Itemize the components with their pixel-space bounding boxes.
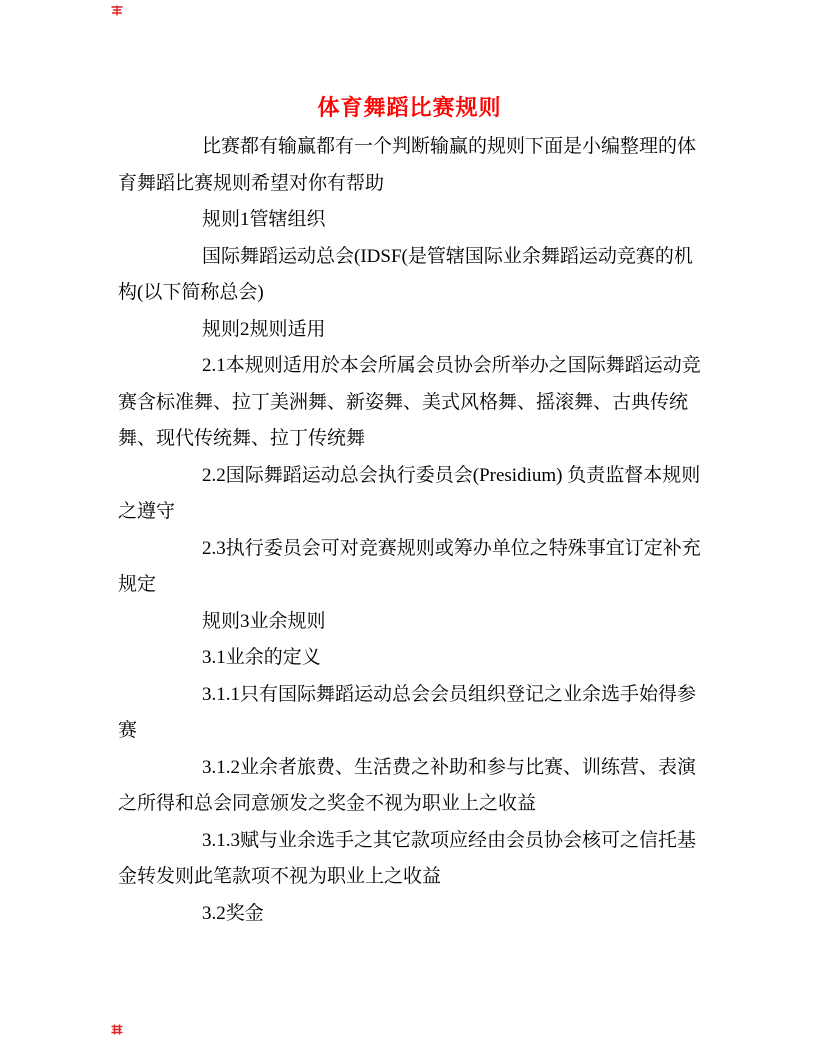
document-body: 比赛都有输赢都有一个判断输赢的规则下面是小编整理的体育舞蹈比赛规则希望对你有帮助… xyxy=(118,129,701,932)
paragraph: 2.2国际舞蹈运动总会执行委员会(Presidium) 负责监督本规则之遵守 xyxy=(118,458,701,531)
paragraph: 3.1.2业余者旅费、生活费之补助和参与比赛、训练营、表演之所得和总会同意颁发之… xyxy=(118,750,701,823)
paragraph: 3.2奖金 xyxy=(118,896,701,933)
paragraph: 3.1业余的定义 xyxy=(118,640,701,677)
paragraph: 2.1本规则适用於本会所属会员协会所举办之国际舞蹈运动竞赛含标准舞、拉丁美洲舞、… xyxy=(118,348,701,458)
paragraph: 3.1.3赋与业余选手之其它款项应经由会员协会核可之信托基金转发则此笔款项不视为… xyxy=(118,823,701,896)
paragraph: 国际舞蹈运动总会(IDSF(是管辖国际业余舞蹈运动竞赛的机构(以下简称总会) xyxy=(118,239,701,312)
red-scribble-strokes xyxy=(112,1025,123,1035)
paragraph: 比赛都有输赢都有一个判断输赢的规则下面是小编整理的体育舞蹈比赛规则希望对你有帮助 xyxy=(118,129,701,202)
document-content: 体育舞蹈比赛规则 比赛都有输赢都有一个判断输赢的规则下面是小编整理的体育舞蹈比赛… xyxy=(118,87,701,932)
paragraph: 3.1.1只有国际舞蹈运动总会会员组织登记之业余选手始得参赛 xyxy=(118,677,701,750)
paragraph: 规则1管辖组织 xyxy=(118,202,701,239)
red-scribble-mark-icon xyxy=(110,4,124,17)
paragraph: 规则3业余规则 xyxy=(118,604,701,641)
red-scribble-mark-icon xyxy=(110,1023,124,1036)
document-title: 体育舞蹈比赛规则 xyxy=(118,87,701,129)
document-page: 体育舞蹈比赛规则 比赛都有输赢都有一个判断输赢的规则下面是小编整理的体育舞蹈比赛… xyxy=(0,0,816,1056)
paragraph: 2.3执行委员会可对竞赛规则或筹办单位之特殊事宜订定补充规定 xyxy=(118,531,701,604)
red-scribble-strokes xyxy=(112,6,123,16)
paragraph: 规则2规则适用 xyxy=(118,312,701,349)
